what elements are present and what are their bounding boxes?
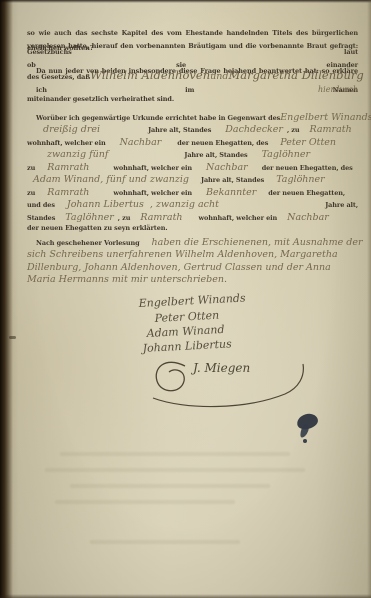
handwritten-occupation: Taglöhner (276, 175, 325, 185)
text-line: und des Johann Libertus , zwanzig acht J… (27, 200, 358, 213)
handwritten-place: Ramrath (310, 125, 352, 135)
signature-johann-libertus: Johann Libertus (142, 338, 232, 354)
witness-name-handwritten: Engelbert Winands (280, 113, 371, 123)
showthrough-smudge (55, 500, 235, 504)
handwritten-relation: Nachbar (120, 138, 162, 148)
printed-text: , zu (118, 215, 131, 222)
printed-text: Jahre alt, Standes (184, 152, 247, 159)
official-signature-name: J. Miegen (190, 361, 250, 375)
handwritten-text: hierdurch (318, 86, 358, 94)
scan-edge-bottom (0, 594, 371, 598)
handwritten-text: Maria Hermanns mit mir unterschrieben. (27, 275, 227, 285)
text-line: dreißig drei Jahre alt, Standes Dachdeck… (27, 125, 358, 138)
handwritten-age: dreißig drei (43, 125, 100, 135)
printed-text: der neuen Ehegatten, des (262, 165, 353, 172)
showthrough-smudge (45, 468, 305, 472)
printed-text: der neuen Ehegatten zu seyn erklärten. (27, 225, 168, 232)
printed-text: der neuen Ehegatten, des (177, 140, 268, 147)
document-scan: so wie auch das sechste Kapitel des vom … (0, 0, 371, 598)
official-signature: J. Miegen (145, 354, 315, 412)
text-line: zwanzig fünf Jahre alt, Standes Taglöhne… (27, 150, 358, 163)
handwritten-age: , zwanzig acht (150, 200, 219, 210)
bride-name-handwritten: Margaretha Dillenburg (228, 70, 363, 82)
handwritten-relation: Bekannter (206, 188, 256, 198)
signature-engelbert-winands: Engelbert Winands (138, 292, 245, 309)
signature-line: Johann Libertus (143, 337, 358, 352)
printed-text: wohnhaft, welcher ein (199, 215, 278, 222)
signature-line: Engelbert Winands (139, 292, 358, 307)
printed-text: Standes (27, 215, 55, 222)
signature-peter-otten: Peter Otten (154, 309, 219, 323)
signature-block: Engelbert Winands Peter Otten Adam Winan… (27, 292, 358, 412)
printed-text: Jahre alt, Standes (148, 127, 211, 134)
witness-name-handwritten: Adam Winand, fünf und zwanzig (33, 175, 189, 185)
handwritten-text: und (210, 72, 228, 82)
printed-text: ehelichen wollten? (27, 45, 94, 52)
groom-name-handwritten: Wilhelm Aldenhoven (90, 70, 210, 82)
printed-text: Worüber ich gegenwärtige Urkunde erricht… (36, 115, 280, 122)
handwritten-text: Dillenburg, Johann Aldenhoven, Gertrud C… (27, 263, 331, 273)
text-line: so wie auch das sechste Kapitel des vom … (27, 20, 358, 33)
printed-text: Jahre alt, (325, 202, 358, 209)
handwritten-relation: Nachbar (287, 213, 329, 223)
printed-text: zu (27, 190, 35, 197)
handwritten-age: zwanzig fünf (47, 150, 108, 160)
printed-text: des Gesetzes, daß (27, 74, 90, 81)
handwritten-text: haben die Erschienenen, mit Ausnahme der (152, 238, 363, 248)
showthrough-smudge (70, 484, 270, 488)
binding-edge-shadow (0, 0, 13, 598)
printed-text: wohnhaft, welcher ein (113, 190, 192, 197)
document-text: so wie auch das sechste Kapitel des vom … (27, 20, 358, 412)
printed-text: Jahre alt, Standes (201, 177, 264, 184)
handwritten-place: Ramrath (140, 213, 182, 223)
handwritten-place: Ramrath (47, 188, 89, 198)
scan-edge-top (0, 0, 371, 3)
printed-text: miteinander gesetzlich verheirathet sind… (27, 96, 174, 103)
showthrough-smudge (60, 452, 290, 456)
signature-line: Peter Otten (155, 307, 358, 322)
handwritten-place: Ramrath (47, 163, 89, 173)
signature-adam-winand: Adam Winand (146, 323, 224, 338)
witness-name-handwritten: Johann Libertus (67, 200, 144, 210)
witness-name-handwritten: Peter Otten (280, 138, 336, 148)
printed-text: zu (27, 165, 35, 172)
text-line: Adam Winand, fünf und zwanzig Jahre alt,… (27, 175, 358, 188)
printed-text: wohnhaft, welcher ein (113, 165, 192, 172)
printed-text: , zu (287, 127, 300, 134)
handwritten-relation: Nachbar (206, 163, 248, 173)
handwritten-occupation: Dachdecker (225, 125, 283, 135)
text-line: sich Schreibens unerfahrenen Wilhelm Ald… (27, 250, 358, 263)
ink-blot-dot (303, 439, 307, 443)
text-line: Maria Hermanns mit mir unterschrieben. (27, 275, 358, 288)
printed-text: der neuen Ehegatten, (268, 190, 345, 197)
printed-text: und des (27, 202, 55, 209)
text-line: miteinander gesetzlich verheirathet sind… (27, 96, 358, 109)
handwritten-occupation: Taglöhner (65, 213, 114, 223)
official-signature-flourish: J. Miegen (145, 354, 315, 412)
showthrough-smudge (90, 540, 240, 544)
handwritten-occupation: Taglöhner (262, 150, 311, 160)
printed-text: Nach geschehener Vorlesung (36, 240, 140, 247)
scan-edge-right (367, 0, 371, 598)
printed-text: wohnhaft, welcher ein (27, 140, 106, 147)
text-line: der neuen Ehegatten zu seyn erklärten. (27, 225, 358, 238)
handwritten-text: sich Schreibens unerfahrenen Wilhelm Ald… (27, 250, 338, 260)
